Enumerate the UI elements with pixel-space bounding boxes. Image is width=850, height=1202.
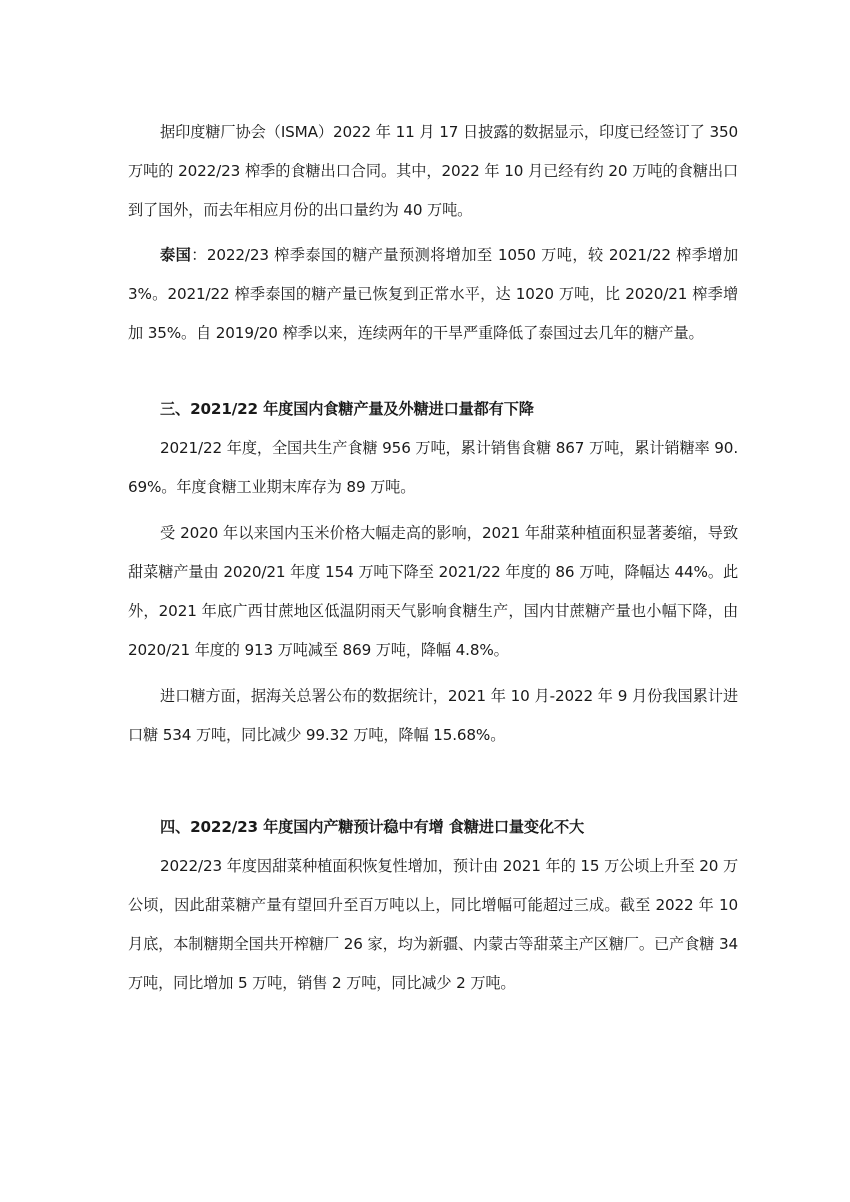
paragraph-thailand: 泰国：2022/23 榨季泰国的糖产量预测将增加至 1050 万吨，较 2021… bbox=[128, 236, 738, 353]
thailand-body-text: ：2022/23 榨季泰国的糖产量预测将增加至 1050 万吨，较 2021/2… bbox=[128, 246, 738, 342]
thailand-lead-label: 泰国 bbox=[160, 246, 191, 264]
paragraph-india-exports: 据印度糖厂协会（ISMA）2022 年 11 月 17 日披露的数据显示，印度已… bbox=[128, 113, 738, 230]
section-3-paragraph-beet-cane: 受 2020 年以来国内玉米价格大幅走高的影响，2021 年甜菜种植面积显著萎缩… bbox=[128, 514, 738, 670]
section-3-paragraph-imports: 进口糖方面，据海关总署公布的数据统计，2021 年 10 月-2022 年 9 … bbox=[128, 677, 738, 755]
section-4-heading: 四、2022/23 年度国内产糖预计稳中有增 食糖进口量变化不大 bbox=[128, 808, 738, 847]
section-3-paragraph-production: 2021/22 年度，全国共生产食糖 956 万吨，累计销售食糖 867 万吨，… bbox=[128, 429, 738, 507]
spacer bbox=[128, 762, 738, 808]
section-3-heading: 三、2021/22 年度国内食糖产量及外糖进口量都有下降 bbox=[128, 390, 738, 429]
document-page: 据印度糖厂协会（ISMA）2022 年 11 月 17 日披露的数据显示，印度已… bbox=[128, 113, 738, 1010]
section-4-paragraph-forecast: 2022/23 年度因甜菜种植面积恢复性增加，预计由 2021 年的 15 万公… bbox=[128, 847, 738, 1003]
spacer bbox=[128, 360, 738, 390]
